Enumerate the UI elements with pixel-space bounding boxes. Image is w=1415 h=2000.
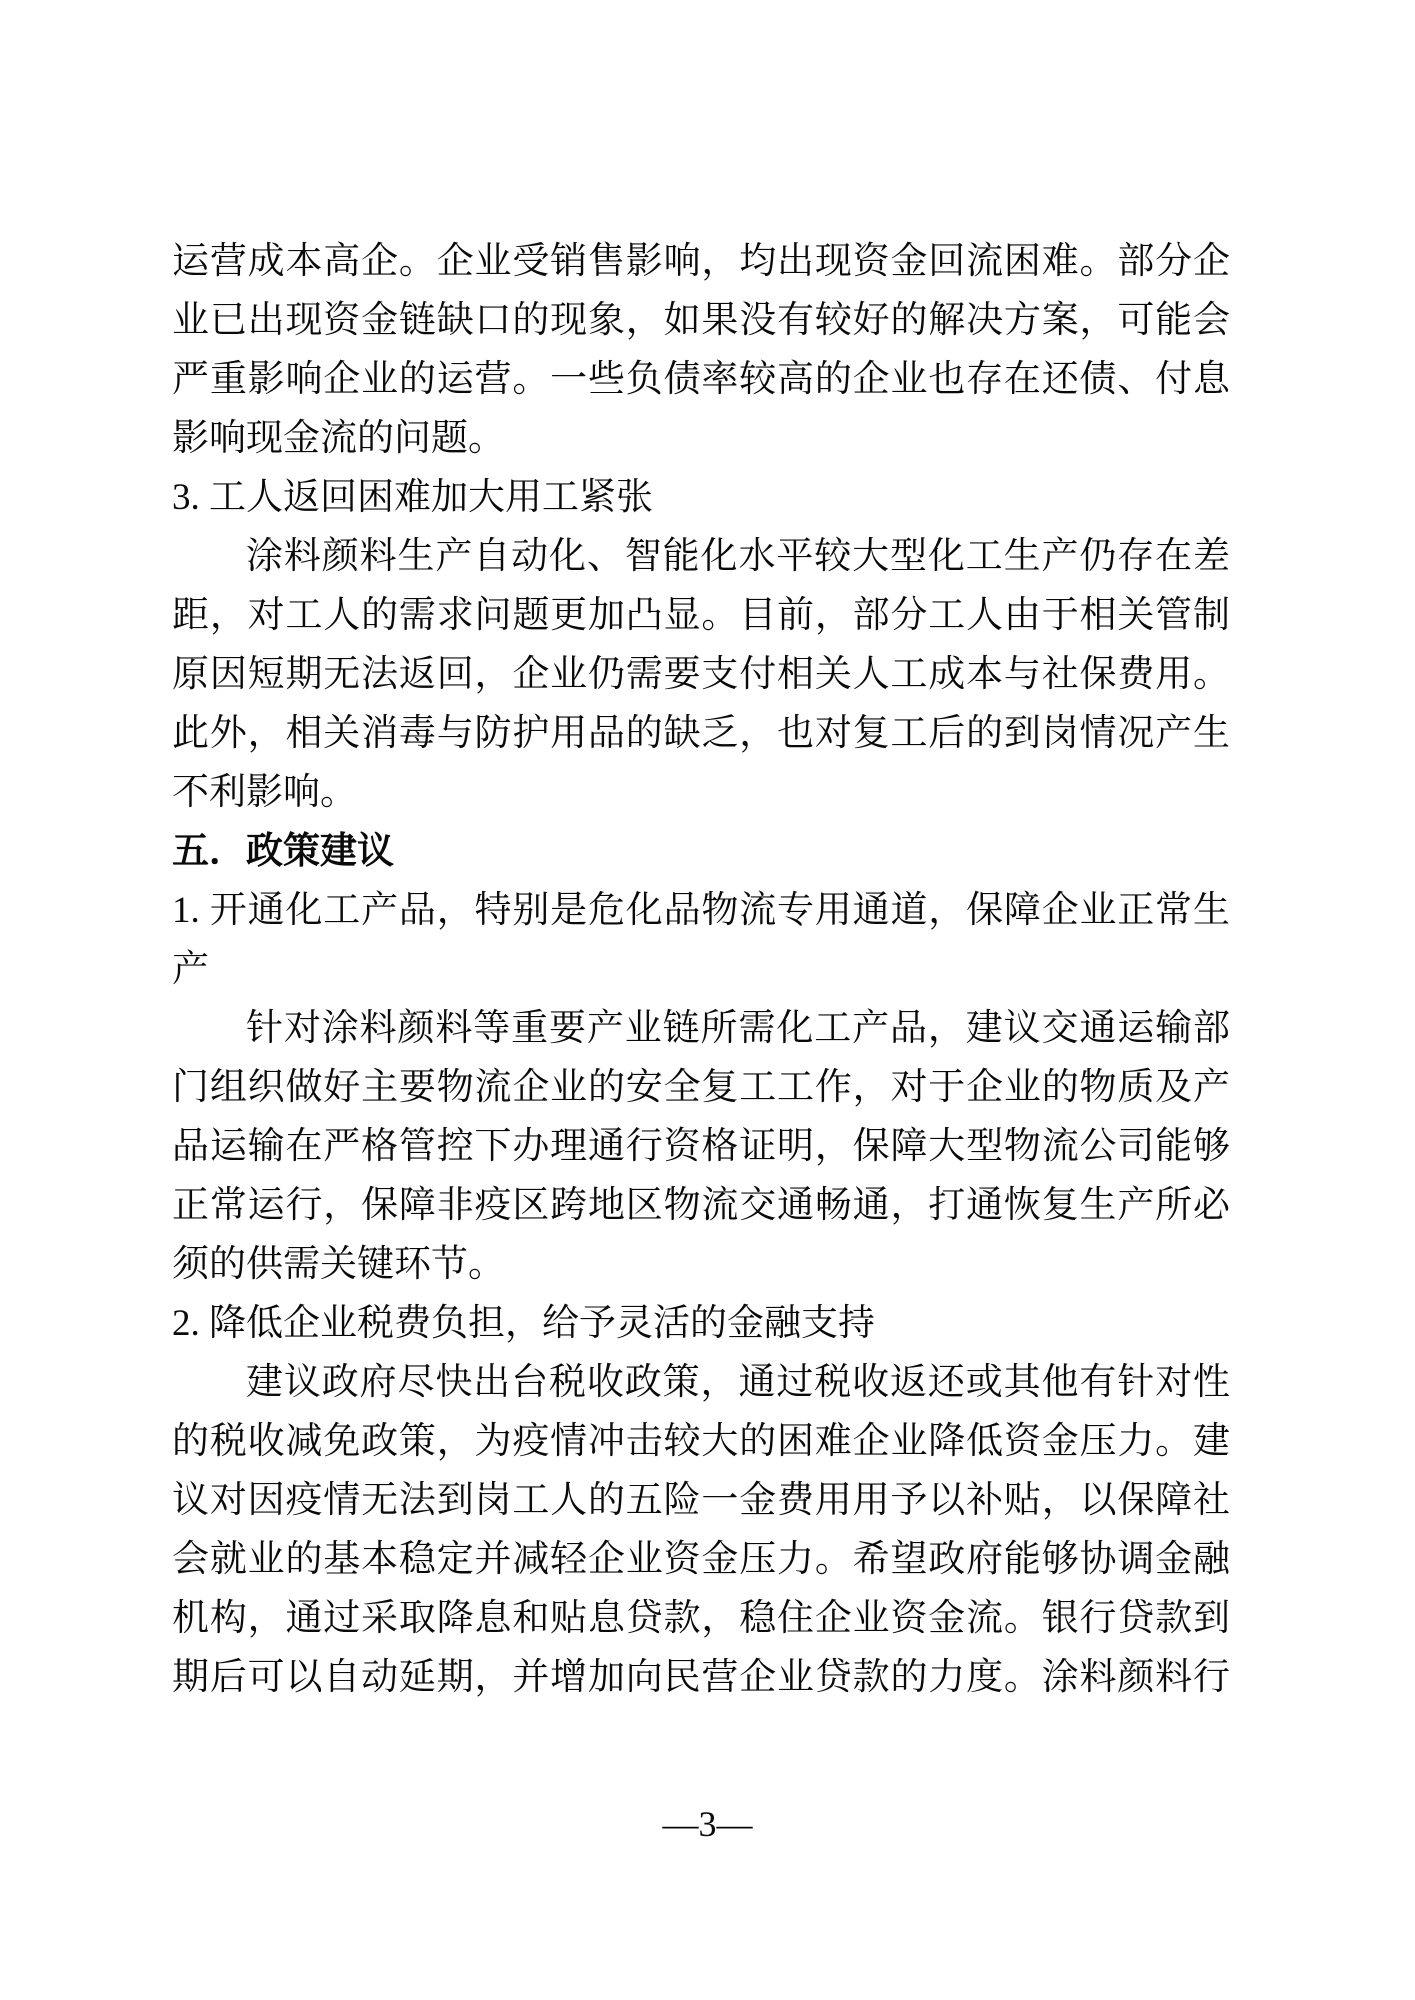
document-page: 运营成本高企。企业受销售影响，均出现资金回流困难。部分企业已出现资金链缺口的现象… (0, 0, 1415, 2000)
text-line: 影响现金流的问题。 (172, 409, 1230, 468)
text-line: 严重影响企业的运营。一些负债率较高的企业也存在还债、付息 (172, 350, 1230, 409)
text-line: 涂料颜料生产自动化、智能化水平较大型化工生产仍存在差 (172, 527, 1230, 586)
text-line: 1. 开通化工产品，特别是危化品物流专用通道，保障企业正常生 (172, 881, 1230, 940)
text-line: 3. 工人返回困难加大用工紧张 (172, 468, 1230, 527)
text-line: 会就业的基本稳定并减轻企业资金压力。希望政府能够协调金融 (172, 1530, 1230, 1589)
text-line: 产 (172, 940, 1230, 999)
text-line: 2. 降低企业税费负担，给予灵活的金融支持 (172, 1294, 1230, 1353)
text-line: 原因短期无法返回，企业仍需要支付相关人工成本与社保费用。 (172, 645, 1230, 704)
text-line: 正常运行，保障非疫区跨地区物流交通畅通，打通恢复生产所必 (172, 1176, 1230, 1235)
text-line: 不利影响。 (172, 763, 1230, 822)
text-line: 期后可以自动延期，并增加向民营企业贷款的力度。涂料颜料行 (172, 1648, 1230, 1707)
text-line: 门组织做好主要物流企业的安全复工工作，对于企业的物质及产 (172, 1058, 1230, 1117)
page-footer: —3— (0, 1800, 1415, 1848)
text-line: 议对因疫情无法到岗工人的五险一金费用用予以补贴，以保障社 (172, 1471, 1230, 1530)
text-line: 针对涂料颜料等重要产业链所需化工产品，建议交通运输部 (172, 999, 1230, 1058)
text-line: 品运输在严格管控下办理通行资格证明，保障大型物流公司能够 (172, 1117, 1230, 1176)
text-line: 业已出现资金链缺口的现象，如果没有较好的解决方案，可能会 (172, 291, 1230, 350)
text-line: 建议政府尽快出台税收政策，通过税收返还或其他有针对性 (172, 1353, 1230, 1412)
text-line: 此外，相关消毒与防护用品的缺乏，也对复工后的到岗情况产生 (172, 704, 1230, 763)
section-heading: 五．政策建议 (172, 822, 1230, 881)
text-line: 须的供需关键环节。 (172, 1235, 1230, 1294)
text-line: 的税收减免政策，为疫情冲击较大的困难企业降低资金压力。建 (172, 1412, 1230, 1471)
text-line: 距，对工人的需求问题更加凸显。目前，部分工人由于相关管制 (172, 586, 1230, 645)
text-block: 运营成本高企。企业受销售影响，均出现资金回流困难。部分企业已出现资金链缺口的现象… (172, 232, 1230, 1707)
text-line: 机构，通过采取降息和贴息贷款，稳住企业资金流。银行贷款到 (172, 1589, 1230, 1648)
text-line: 运营成本高企。企业受销售影响，均出现资金回流困难。部分企 (172, 232, 1230, 291)
page-number: —3— (663, 1804, 753, 1844)
